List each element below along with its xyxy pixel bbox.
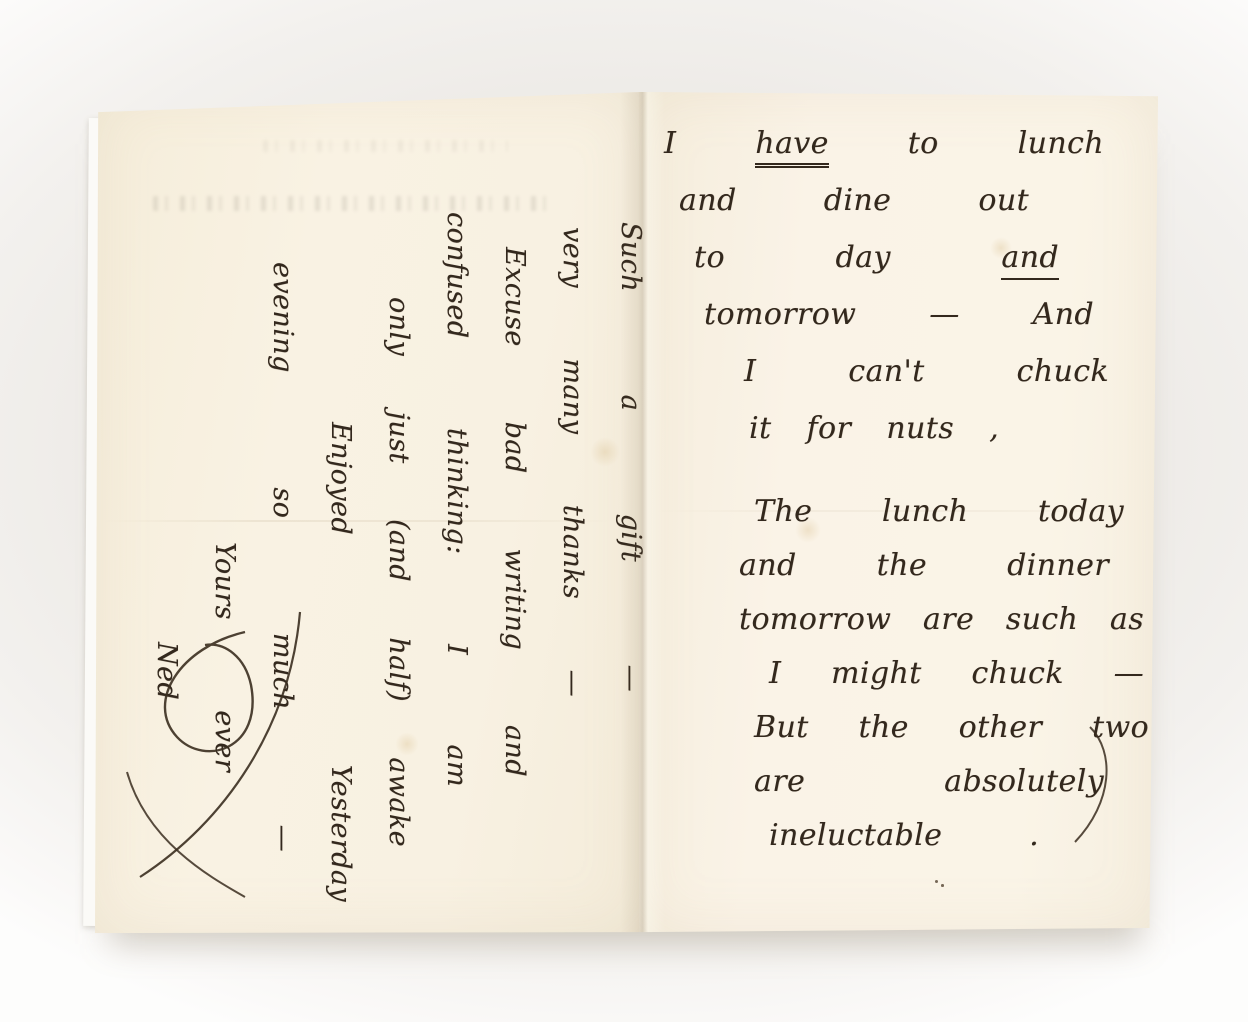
handwriting-word: and: [679, 183, 737, 218]
handwriting-word: ,: [989, 411, 999, 446]
handwriting-word: and: [1001, 240, 1059, 280]
handwriting-word: awake: [383, 757, 414, 847]
handwriting-word: Excuse: [499, 247, 530, 347]
handwriting-line: Ned: [124, 642, 182, 812]
handwriting-word: and: [739, 548, 797, 583]
handwriting-word: can't: [848, 354, 924, 389]
handwriting-word: might: [831, 656, 922, 691]
handwriting-word: Enjoyed: [325, 422, 356, 535]
handwriting-line: Excusebadwritingand: [472, 247, 530, 777]
handwriting-word: thanks: [557, 505, 588, 599]
handwriting-word: chuck: [971, 656, 1063, 691]
handwriting-word: very: [557, 227, 588, 288]
handwriting-word: .: [1029, 818, 1039, 853]
handwriting-word: tomorrow: [739, 602, 891, 637]
handwriting-word: confused: [441, 212, 472, 338]
handwriting-word: The: [754, 494, 812, 529]
handwriting-word: many: [557, 358, 588, 434]
handwriting-word: I: [441, 644, 472, 655]
handwriting-word: I: [769, 656, 781, 691]
handwriting-word: But: [754, 710, 809, 745]
handwriting-line: areabsolutely: [754, 764, 1104, 818]
handwriting-line: eveningsomuch—: [240, 262, 298, 852]
right-page-text: Ihavetolunchanddineouttodayandtomorrow—A…: [639, 92, 1158, 933]
handwriting-word: out: [978, 183, 1029, 218]
handwriting-word: today: [1038, 494, 1124, 529]
handwriting-word: And: [1033, 297, 1094, 332]
handwriting-word: half): [383, 637, 414, 702]
handwriting-word: such: [1006, 602, 1078, 637]
handwriting-word: dine: [824, 183, 891, 218]
handwriting-word: (and: [383, 519, 414, 582]
handwriting-line: itfornuts,: [749, 411, 999, 468]
handwriting-word: thinking:: [441, 428, 472, 555]
handwriting-word: for: [807, 411, 852, 446]
handwriting-word: tomorrow: [704, 297, 856, 332]
handwriting-word: lunch: [1018, 126, 1104, 161]
handwriting-word: evening: [267, 262, 298, 373]
handwriting-line: onlyjust(andhalf)awake: [356, 297, 414, 847]
handwriting-word: the: [877, 548, 927, 583]
handwriting-word: dinner: [1007, 548, 1109, 583]
handwriting-word: am: [441, 745, 472, 788]
handwriting-word: so: [267, 487, 298, 518]
handwriting-word: to: [908, 126, 939, 161]
handwriting-line: Imightchuck—: [769, 656, 1144, 710]
handwriting-line: verymanythanks—: [530, 227, 588, 697]
handwriting-word: chuck: [1017, 354, 1109, 389]
handwriting-line: EnjoyedYesterday: [298, 422, 356, 902]
handwriting-word: ineluctable: [769, 818, 942, 853]
handwriting-word: it: [749, 411, 771, 446]
handwriting-word: have: [755, 126, 829, 168]
handwriting-line: Yoursever: [182, 542, 240, 772]
handwriting-word: much: [267, 633, 298, 710]
handwriting-word: I: [744, 354, 756, 389]
left-page-text: Suchagift—verymanythanks—Excusebadwritin…: [116, 112, 646, 912]
handwriting-word: I: [664, 126, 676, 161]
handwriting-word: other: [959, 710, 1043, 745]
handwriting-line: Suchagift—: [588, 222, 646, 692]
handwriting-line: tomorrow—And: [704, 297, 1094, 354]
handwriting-word: and: [499, 725, 530, 777]
handwriting-line: anddineout: [679, 183, 1029, 240]
handwriting-word: the: [858, 710, 908, 745]
handwriting-word: —: [929, 297, 959, 332]
handwriting-word: —: [267, 825, 298, 852]
handwriting-word: are: [754, 764, 805, 799]
handwriting-word: —: [557, 670, 588, 697]
handwriting-word: only: [383, 297, 414, 356]
handwriting-word: absolutely: [944, 764, 1104, 799]
handwriting-word: as: [1110, 602, 1144, 637]
handwriting-line: ineluctable.: [769, 818, 1039, 872]
handwriting-line: tomorrowaresuchas: [739, 602, 1144, 656]
handwriting-line: Thelunchtoday: [754, 494, 1124, 548]
handwriting-word: ever: [209, 710, 240, 772]
handwriting-line: andthedinner: [739, 548, 1109, 602]
handwriting-word: nuts: [886, 411, 954, 446]
handwriting-word: Yours: [209, 542, 240, 620]
handwriting-word: to: [694, 240, 725, 275]
handwriting-word: bad: [499, 422, 530, 474]
handwriting-word: Yesterday: [325, 765, 356, 902]
handwriting-line: Ican'tchuck: [744, 354, 1109, 411]
handwriting-word: Ned: [151, 642, 182, 700]
handwriting-word: day: [836, 240, 891, 275]
handwriting-line: confusedthinking:Iam: [414, 212, 472, 787]
handwriting-word: are: [923, 602, 974, 637]
handwriting-word: two: [1092, 710, 1149, 745]
handwriting-word: lunch: [882, 494, 968, 529]
handwriting-line: Ihavetolunch: [664, 126, 1104, 183]
handwriting-line: Buttheothertwo: [754, 710, 1149, 764]
letter-spread: Suchagift—verymanythanks—Excusebadwritin…: [95, 92, 1158, 933]
handwriting-word: writing: [499, 548, 530, 650]
handwriting-word: —: [1114, 656, 1144, 691]
handwriting-word: just: [383, 412, 414, 464]
handwriting-line: todayand: [694, 240, 1059, 297]
